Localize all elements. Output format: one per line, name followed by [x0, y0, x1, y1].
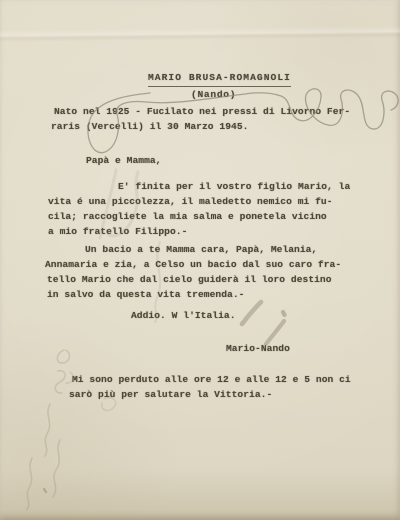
postscript-line-2: sarò più per salutare la Vittoria.-: [69, 389, 272, 401]
paragraph2-line-1: Un bacio a te Mamma cara, Papà, Melania,: [85, 244, 317, 256]
memorial-nickname: (Nando): [191, 89, 236, 101]
salutation-line: Papà e Mamma,: [86, 155, 162, 167]
paragraph1-line-2: vita é una piccolezza, il maledetto nemi…: [48, 196, 333, 208]
scanned-letter-page: MARIO BRUSA-ROMAGNOLI (Nando) Nato nel 1…: [0, 0, 400, 520]
paragraph2-line-3: tello Mario che dal cielo guiderà il lor…: [47, 274, 332, 286]
paragraph2-line-2: Annamaria e zia, a Celso un bacio dal su…: [45, 259, 341, 271]
paragraph2-line-4: in salvo da questa vita tremenda.-: [47, 289, 244, 301]
paragraph1-line-1: E' finita per il vostro figlio Mario, la: [118, 181, 350, 193]
farewell-line: Addio. W l'Italia.: [131, 310, 236, 322]
bio-line-2: raris (Vercelli) il 30 Marzo 1945.: [51, 121, 248, 133]
signature-line: Mario-Nando: [226, 343, 290, 355]
postscript-line-1: Mi sono perduto alle ore 12 e alle 12 e …: [72, 374, 351, 386]
bio-line-1: Nato nel 1925 - Fucilato nei pressi di L…: [54, 106, 350, 118]
pencil-mark-signature-area: [242, 302, 285, 344]
paragraph1-line-4: a mio fratello Filippo.-: [48, 226, 187, 238]
paragraph1-line-3: cila; raccogliete la mia salma e ponetel…: [48, 211, 327, 223]
paper-fold-crease: [0, 26, 400, 42]
memorial-name-title: MARIO BRUSA-ROMAGNOLI: [148, 72, 291, 87]
